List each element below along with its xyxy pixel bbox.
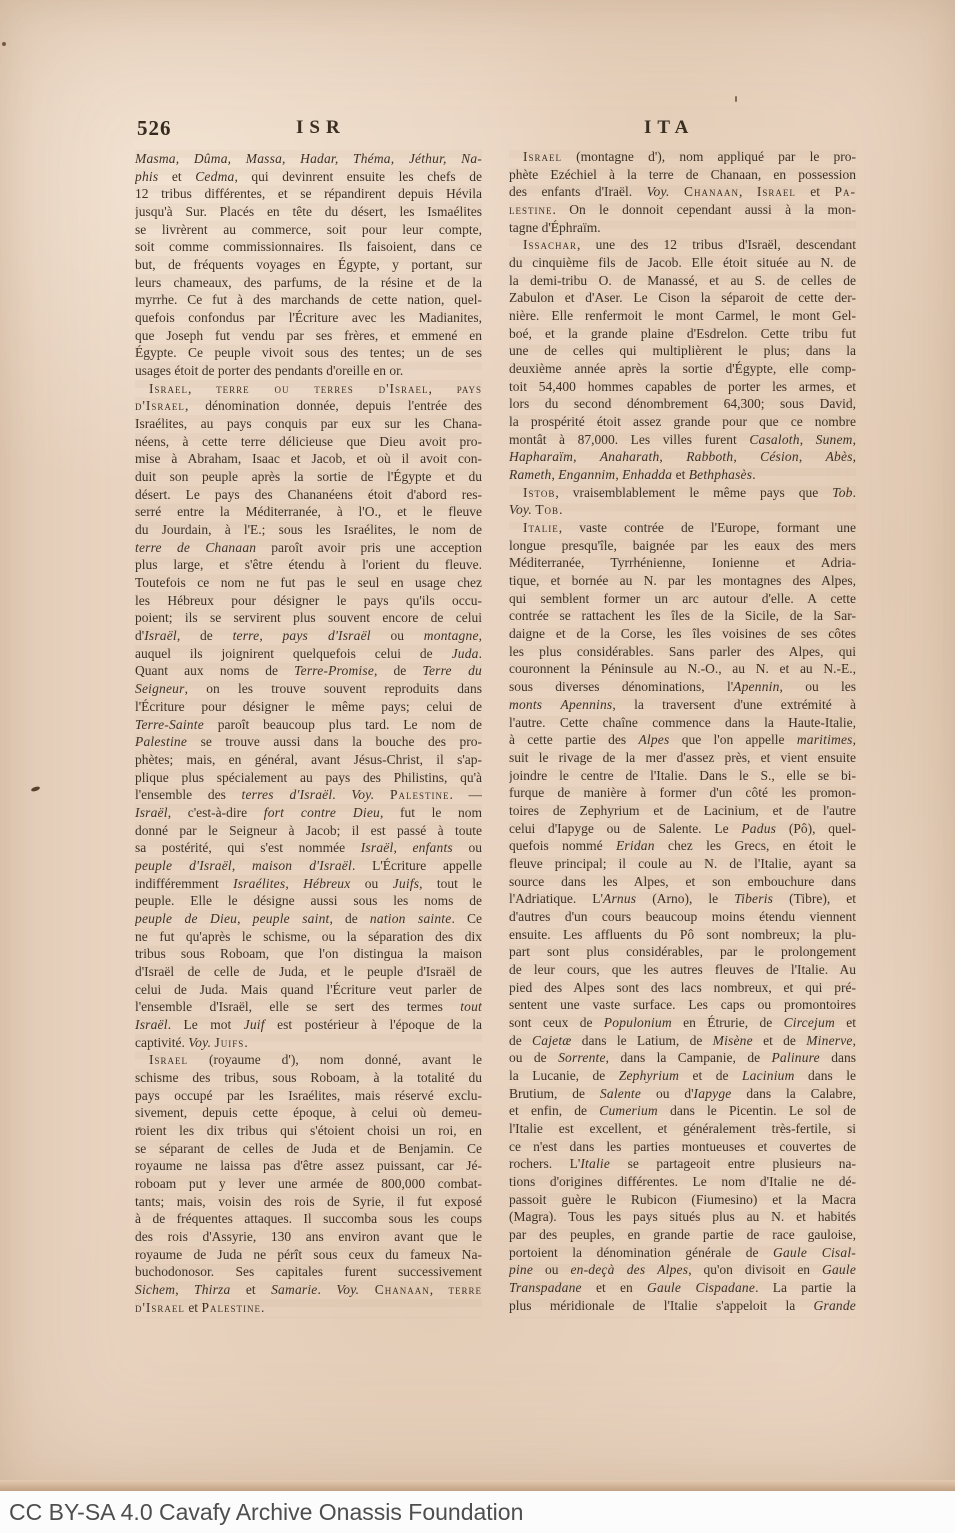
- text-line: indifféremment Israélites, Hébreux ou Ju…: [135, 875, 482, 893]
- running-header-right: ITA: [644, 117, 694, 139]
- text-line: et enfin, de Cumerium dans le Picentin. …: [509, 1102, 856, 1120]
- paragraph: Israel, terre ou terres d'Israel, paysd'…: [135, 380, 482, 1052]
- text-line: lestine. On le donnoit cependant aussi à…: [509, 201, 856, 219]
- text-line: la prospérité étoit assez grande pour qu…: [509, 413, 856, 431]
- text-line: d'Israël de celle de Juda, et le peuple …: [135, 963, 482, 981]
- paragraph: Istob, vraisemblablement le même pays qu…: [509, 484, 856, 519]
- text-line: rochers. L'Italie se partageoit entre pl…: [509, 1155, 856, 1173]
- text-line: Zabulon et d'Aser. Le Cison la séparoit …: [509, 289, 856, 307]
- text-line: tants; mais, voisin des rois de Syrie, i…: [135, 1193, 482, 1211]
- text-line: Voy. Tob.: [509, 501, 856, 519]
- text-line: les Hébreux pour désigner le pays qu'ils…: [135, 592, 482, 610]
- text-line: la Lucanie, de Zephyrium et de Lacinium …: [509, 1067, 856, 1085]
- text-line: désert. Le pays des Chananéens étoit d'a…: [135, 486, 482, 504]
- text-line: Terre-Sainte paroît beaucoup plus tard. …: [135, 716, 482, 734]
- text-line: pine ou en-deçà des Alpes, qu'on divisoi…: [509, 1261, 856, 1279]
- text-line: l'autre. Cette chaîne commence dans la H…: [509, 714, 856, 732]
- text-line: Israël, c'est-à-dire fort contre Dieu, f…: [135, 804, 482, 822]
- text-line: phis et Cedma, qui devinrent ensuite les…: [135, 168, 482, 186]
- text-line: peuple d'Israël, maison d'Israël. L'Écri…: [135, 857, 482, 875]
- text-line: se livrèrent au commerce, soit pour leur…: [135, 221, 482, 239]
- text-line: Seigneur, on les trouve souvent reprodui…: [135, 680, 482, 698]
- paragraph: Masma, Dûma, Massa, Hadar, Théma, Jéthur…: [135, 150, 482, 380]
- text-line: soit comme commissionnaires. Ils faisoie…: [135, 238, 482, 256]
- text-line: deuxième année après la sortie d'Égypte,…: [509, 360, 856, 378]
- text-line: nière. Elle renfermoit le mont Carmel, l…: [509, 307, 856, 325]
- text-line: l'ensemble d'Israël, elle se sert des te…: [135, 998, 482, 1016]
- text-line: néens, à cette terre délicieuse que Dieu…: [135, 433, 482, 451]
- text-line: Israel, terre ou terres d'Israel, pays: [135, 380, 482, 398]
- text-line: Israel (royaume d'), nom donné, avant le: [135, 1051, 482, 1069]
- text-line: couronnent la Péninsule au N.-O., au N. …: [509, 660, 856, 678]
- text-line: tribus sous Roboam, que l'on distingua l…: [135, 945, 482, 963]
- text-line: joindre le centre de l'Italie. Dans le S…: [509, 767, 856, 785]
- text-line: (Magra). Tous les pays situés plus au N.…: [509, 1208, 856, 1226]
- text-line: plique plus spécialement au pays des Phi…: [135, 769, 482, 787]
- text-line: d'Israel, dénomination donnée, depuis l'…: [135, 397, 482, 415]
- text-line: de Cajetæ dans le Latium, de Misène et d…: [509, 1032, 856, 1050]
- text-line: Méditerranée, Tyrrhénienne, Ionienne et …: [509, 554, 856, 572]
- text-line: du Jourdain, à l'E.; sous les Israélites…: [135, 521, 482, 539]
- text-line: l'Écriture pour désigner le même pays; c…: [135, 698, 482, 716]
- text-line: des enfants d'Iraël. Voy. Chanaan, Israe…: [509, 183, 856, 201]
- paragraph: Italie, vaste contrée de l'Europe, forma…: [509, 519, 856, 1314]
- text-line: d'autres d'un cours beaucoup moins étend…: [509, 908, 856, 926]
- text-line: 12 tribus différentes, et se répandirent…: [135, 185, 482, 203]
- text-line: monts Apennins, la traversent d'une extr…: [509, 696, 856, 714]
- text-line: du cinquième fils de Jacob. Elle étoit s…: [509, 254, 856, 272]
- text-line: pied des Alpes sont des lacs nombreux, e…: [509, 979, 856, 997]
- text-line: jusqu'à Sur. Placés en tête du désert, l…: [135, 203, 482, 221]
- text-line: royaume ne laissa pas d'être assez puiss…: [135, 1157, 482, 1175]
- text-line: à cette partie des Alpes que l'on appell…: [509, 731, 856, 749]
- text-line: Masma, Dûma, Massa, Hadar, Théma, Jéthur…: [135, 150, 482, 168]
- text-line: par des peuples, en grande partie de rac…: [509, 1226, 856, 1244]
- text-line: ensuite. Les affluents du Pô sont nombre…: [509, 926, 856, 944]
- license-bar: CC BY-SA 4.0 Cavafy Archive Onassis Foun…: [0, 1491, 955, 1533]
- text-line: quefois nommé Eridan chez les Grecs, en …: [509, 837, 856, 855]
- text-line: celui d'Iapyge ou de Salente. Le Padus (…: [509, 820, 856, 838]
- text-line: une de celles qui multiplièrent le plus;…: [509, 342, 856, 360]
- text-line: d'Israël, de terre, pays d'Israël ou mon…: [135, 627, 482, 645]
- text-line: Israélites, au pays conquis par eux sur …: [135, 415, 482, 433]
- text-line: ou de Sorrente, dans la Campanie, de Pal…: [509, 1049, 856, 1067]
- license-text: CC BY-SA 4.0 Cavafy Archive Onassis Foun…: [9, 1499, 523, 1525]
- text-line: Palestine se trouve aussi dans la bouche…: [135, 733, 482, 751]
- text-line: mise à Abraham, Isaac et Jacob, et où il…: [135, 450, 482, 468]
- text-line: furque de manière à former d'un côté les…: [509, 784, 856, 802]
- text-line: de leur cours, que les autres fleuves de…: [509, 961, 856, 979]
- text-line: poient; ils se servirent plus souvent en…: [135, 609, 482, 627]
- text-line: phète Ezéchiel à la terre de Chanaan, en…: [509, 166, 856, 184]
- text-line: Italie, vaste contrée de l'Europe, forma…: [509, 519, 856, 537]
- text-line: peuple. Elle le désigne aussi sous les n…: [135, 892, 482, 910]
- ink-speck: [138, 1127, 141, 1130]
- text-line: Égypte. Ce peuple vivoit sous des tentes…: [135, 344, 482, 362]
- text-line: Brutium, de Salente ou d'Iapyge dans la …: [509, 1085, 856, 1103]
- text-line: sivement, depuis cette époque, à celui o…: [135, 1104, 482, 1122]
- ink-speck: [2, 42, 6, 46]
- text-line: schisme des tribus, sous Roboam, à la to…: [135, 1069, 482, 1087]
- text-line: montât à 87,000. Les villes furent Casal…: [509, 431, 856, 449]
- text-line: quefois confondus par l'Écriture avec le…: [135, 309, 482, 327]
- text-line: passoit guère le Rubicon (Fiumesino) et …: [509, 1191, 856, 1209]
- text-line: peuple de Dieu, peuple saint, de nation …: [135, 910, 482, 928]
- text-line: longue presqu'île, baignée par les eaux …: [509, 537, 856, 555]
- text-line: que Joseph fut vendu par ses frères, et …: [135, 327, 482, 345]
- book-page-scan: 526 ISR ITA Masma, Dûma, Massa, Hadar, T…: [0, 0, 955, 1491]
- text-line: portoient la dénomination générale de Ga…: [509, 1244, 856, 1262]
- text-line: donné par le Seigneur à Jacob; il est pa…: [135, 822, 482, 840]
- text-line: tions d'origines différentes. Le nom d'I…: [509, 1173, 856, 1191]
- text-line: qui semblent former un arc autour d'elle…: [509, 590, 856, 608]
- text-line: Hapharaïm, Anaharath, Rabboth, Césion, A…: [509, 448, 856, 466]
- text-line: d'Israel et Palestine.: [135, 1299, 482, 1317]
- text-line: fleuve principal; il coule au N. de l'It…: [509, 855, 856, 873]
- text-line: des rois d'Assyrie, 130 ans environ avan…: [135, 1228, 482, 1246]
- text-line: duit son peuple après la sortie de l'Égy…: [135, 468, 482, 486]
- text-line: royaume de Juda ne pérît sous ceux du fa…: [135, 1246, 482, 1264]
- paragraph: Israel (royaume d'), nom donné, avant le…: [135, 1051, 482, 1316]
- ink-speck: [31, 786, 41, 793]
- text-line: sa postérité, qui s'est nommée Israël, e…: [135, 839, 482, 857]
- text-line: ne fut qu'après le schisme, ou la sépara…: [135, 928, 482, 946]
- text-line: suit le rivage de la mer d'assez près, e…: [509, 749, 856, 767]
- text-line: phètes; mais, en général, avant Jésus-Ch…: [135, 751, 482, 769]
- text-line: but, de fréquents voyages en Égypte, y p…: [135, 256, 482, 274]
- text-line: sous diverses dénominations, l'Apennin, …: [509, 678, 856, 696]
- text-line: part sont plus considérables, par le pro…: [509, 943, 856, 961]
- text-line: contrée se rattachent les îles de la Sic…: [509, 607, 856, 625]
- text-line: lors du second dénombrement 64,300; sous…: [509, 395, 856, 413]
- text-line: celui de Juda. Mais quand l'Écriture veu…: [135, 981, 482, 999]
- text-line: pays occupé par les Israélites, mais rés…: [135, 1087, 482, 1105]
- text-line: ce n'est dans les parties montueuses et …: [509, 1138, 856, 1156]
- text-line: sentent une vaste surface. Les caps ou p…: [509, 996, 856, 1014]
- page-number: 526: [137, 116, 172, 141]
- text-line: captivité. Voy. Juifs.: [135, 1034, 482, 1052]
- text-line: Issachar, une des 12 tribus d'Israël, de…: [509, 236, 856, 254]
- left-text-column: Masma, Dûma, Massa, Hadar, Théma, Jéthur…: [135, 150, 482, 1316]
- text-line: les plus considérables. Sans parler des …: [509, 643, 856, 661]
- paragraph: Israel (montagne d'), nom appliqué par l…: [509, 148, 856, 236]
- text-line: plus large, et s'être étendu à l'orient …: [135, 556, 482, 574]
- text-line: Sichem, Thirza et Samarie. Voy. Chanaan,…: [135, 1281, 482, 1299]
- running-header-left: ISR: [296, 117, 346, 139]
- text-line: leurs chameaux, des parfums, de la résin…: [135, 274, 482, 292]
- text-line: l'Adriatique. L'Arnus (Arno), le Tiberis…: [509, 890, 856, 908]
- text-line: Israel (montagne d'), nom appliqué par l…: [509, 148, 856, 166]
- text-line: plus méridionale de l'Italie s'appeloit …: [509, 1297, 856, 1315]
- text-line: Israël. Le mot Juif est postérieur à l'é…: [135, 1016, 482, 1034]
- text-line: terre de Chanaan paroît avoir pris une a…: [135, 539, 482, 557]
- text-line: source dans les Alpes, et son embouchure…: [509, 873, 856, 891]
- page-bottom-edge: [0, 1480, 955, 1491]
- text-line: buchodonosor. Ses capitales furent succe…: [135, 1263, 482, 1281]
- text-line: daigne et de la Corse, les îles voisines…: [509, 625, 856, 643]
- text-line: se séparant de celles de Juda et de Benj…: [135, 1140, 482, 1158]
- text-line: usages étoit de porter des pendants d'or…: [135, 362, 482, 380]
- text-line: Toutefois ce nom ne fut pas le seul en u…: [135, 574, 482, 592]
- text-line: l'ensemble des terres d'Israël. Voy. Pal…: [135, 786, 482, 804]
- text-line: myrrhe. Ce fut à des marchands de cette …: [135, 291, 482, 309]
- text-line: serré entre la Méditerranée, à l'O., et …: [135, 503, 482, 521]
- text-line: toires de Zephyrium et de Lacinium, et d…: [509, 802, 856, 820]
- text-line: toit 54,400 hommes capables de porter le…: [509, 378, 856, 396]
- ink-speck: [735, 96, 737, 102]
- text-line: Transpadane et en Gaule Cispadane. La pa…: [509, 1279, 856, 1297]
- text-line: tique, et bornée au N. par les montagnes…: [509, 572, 856, 590]
- text-line: Quant aux noms de Terre-Promise, de Terr…: [135, 662, 482, 680]
- right-text-column: Israel (montagne d'), nom appliqué par l…: [509, 148, 856, 1314]
- paragraph: Issachar, une des 12 tribus d'Israël, de…: [509, 236, 856, 483]
- text-line: sont ceux de Populonium en Étrurie, de C…: [509, 1014, 856, 1032]
- text-line: auquel ils joignirent quelquefois celui …: [135, 645, 482, 663]
- text-line: à de fréquentes attaques. Il succomba so…: [135, 1210, 482, 1228]
- text-line: la demi-tribu O. de Manassé, et au S. de…: [509, 272, 856, 290]
- scanned-book-page: { "header": { "page_number": "526", "lef…: [0, 0, 955, 1533]
- text-line: roient les dix tribus qui s'étoient choi…: [135, 1122, 482, 1140]
- text-line: boé, et la grande plaine d'Esdrelon. Cet…: [509, 325, 856, 343]
- text-line: roboam put y lever une armée de 800,000 …: [135, 1175, 482, 1193]
- text-line: l'Italie est excellent, et généralement …: [509, 1120, 856, 1138]
- text-line: Istob, vraisemblablement le même pays qu…: [509, 484, 856, 502]
- text-line: tagne d'Éphraïm.: [509, 219, 856, 237]
- text-line: Rameth, Engannim, Enhadda et Bethphasès.: [509, 466, 856, 484]
